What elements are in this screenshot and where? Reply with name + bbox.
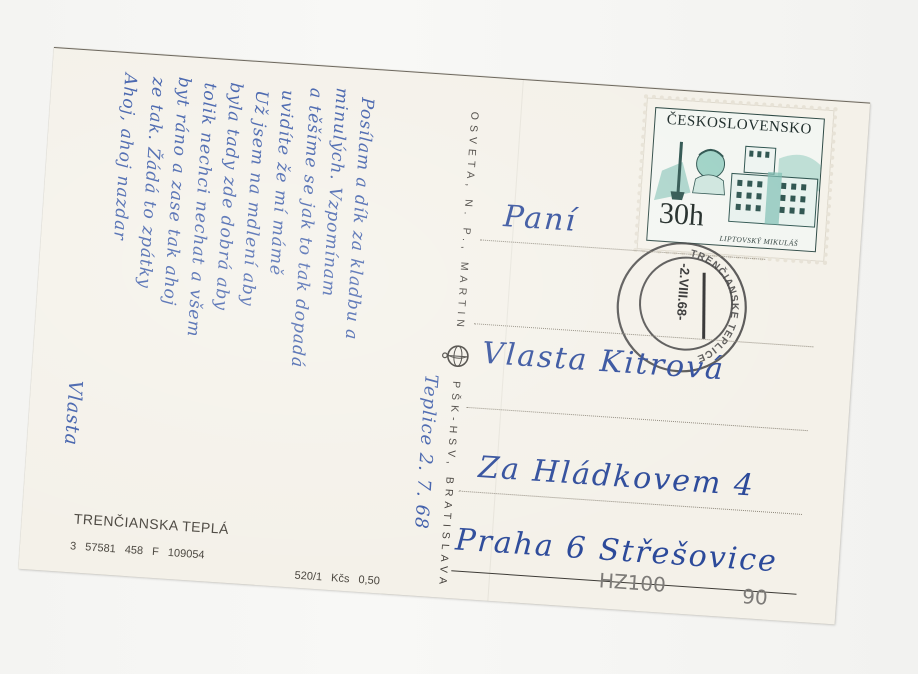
globe-key-logo-icon [441, 343, 471, 369]
date-line: Teplice 2. 7. 68 [406, 373, 445, 530]
signature: Vlasta [57, 379, 89, 447]
card-caption: TRENČIANSKA TEPLÁ [73, 510, 229, 537]
card-codes: 3 57581 458 F 109054 [70, 540, 205, 561]
svg-text:-2.VIII.68-: -2.VIII.68- [674, 263, 693, 321]
stamp-frame: ČESKOSLOVENSKO 30h LIPTO [646, 107, 825, 252]
pencil-catalog-code: HZ100 [598, 568, 666, 596]
stamp-value: 30h [658, 197, 705, 234]
postcard: Posílam a dík za kladbu a minulých. Vzpo… [18, 47, 870, 624]
card-price: 520/1 Kčs 0,50 [294, 570, 380, 588]
address-line [466, 407, 807, 431]
pencil-price-note: 90 [741, 584, 768, 610]
publisher-line-1: OSVETA, N. P., MARTIN [454, 111, 481, 332]
postage-stamp: ČESKOSLOVENSKO 30h LIPTO [638, 99, 834, 261]
